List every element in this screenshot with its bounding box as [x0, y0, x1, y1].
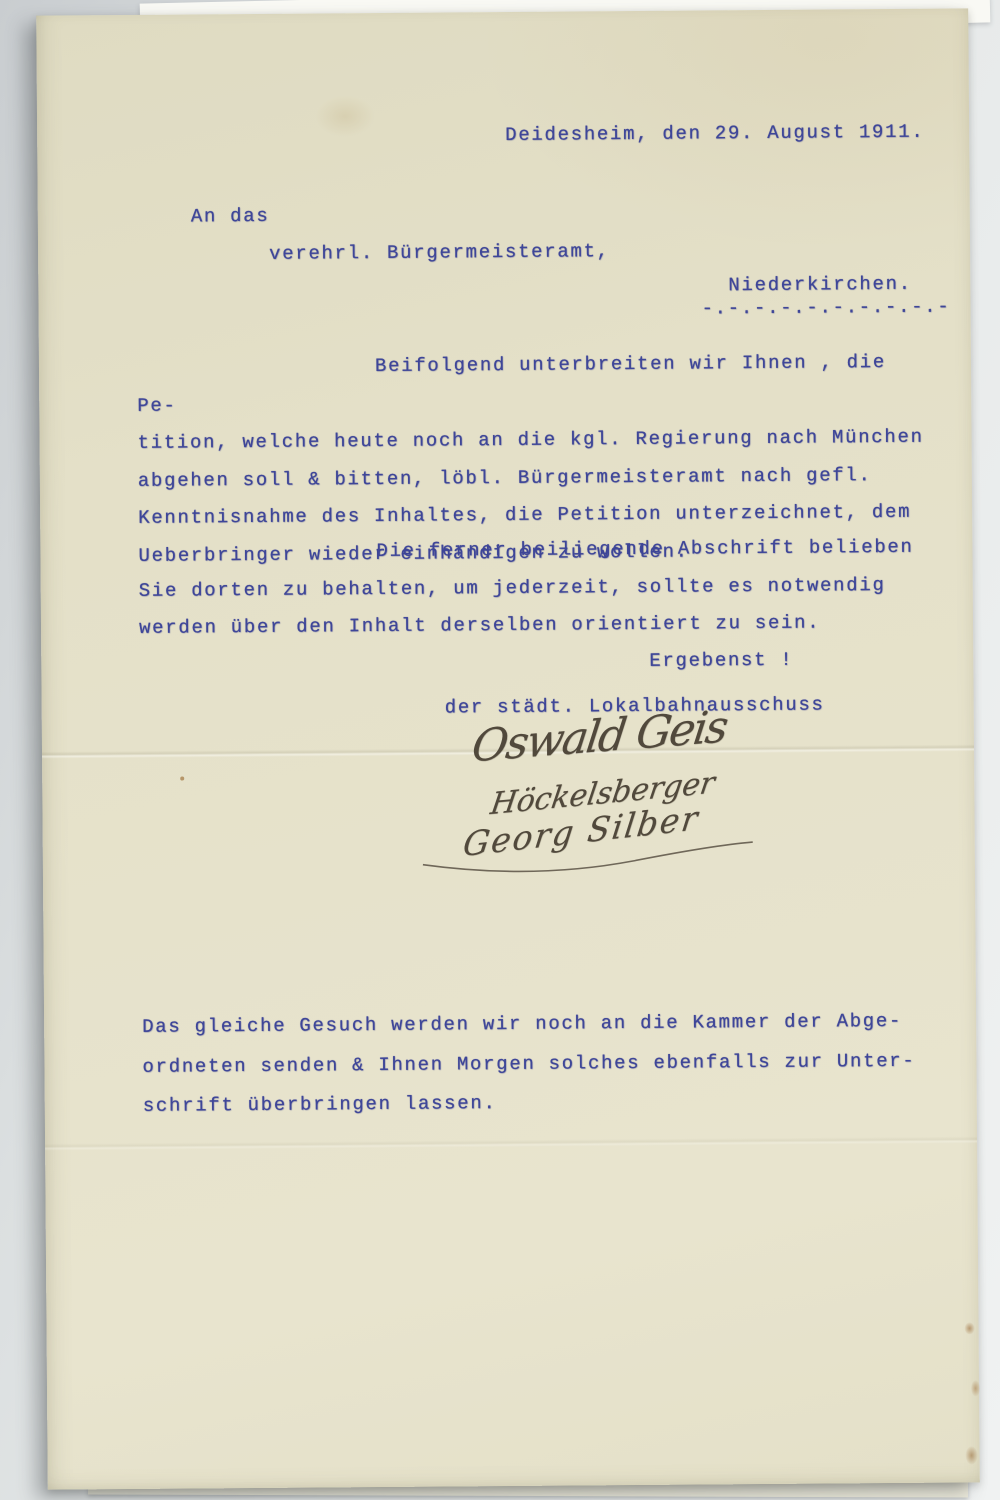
recipient-office: verehrl. Bürgermeisteramt, — [269, 240, 610, 265]
body-paragraph-2: Die ferner beiliegende Abschrift beliebe… — [138, 529, 939, 648]
recipient-underline: -.-.-.-.-.-.-.-.-.- — [701, 296, 950, 320]
dateline: Deidesheim, den 29. August 1911. — [505, 121, 924, 146]
recipient-place: Niederkirchen. — [728, 273, 912, 296]
scanned-letter-photo: Deidesheim, den 29. August 1911. An das … — [0, 0, 1000, 1500]
closing-ergebenst: Ergebenst ! — [649, 649, 793, 672]
letter-paper: Deidesheim, den 29. August 1911. An das … — [36, 8, 980, 1489]
postscript-paragraph: Das gleiche Gesuch werden wir noch an di… — [142, 1001, 963, 1126]
foxing-spot — [971, 1380, 980, 1396]
recipient-salutation: An das — [191, 205, 270, 228]
signature-flourish — [413, 820, 763, 883]
ink-speck — [180, 777, 184, 781]
foxing-spot — [965, 1322, 975, 1334]
paper-stain — [315, 95, 375, 137]
foxing-spot — [965, 1446, 977, 1464]
fold-crease — [45, 1136, 977, 1150]
